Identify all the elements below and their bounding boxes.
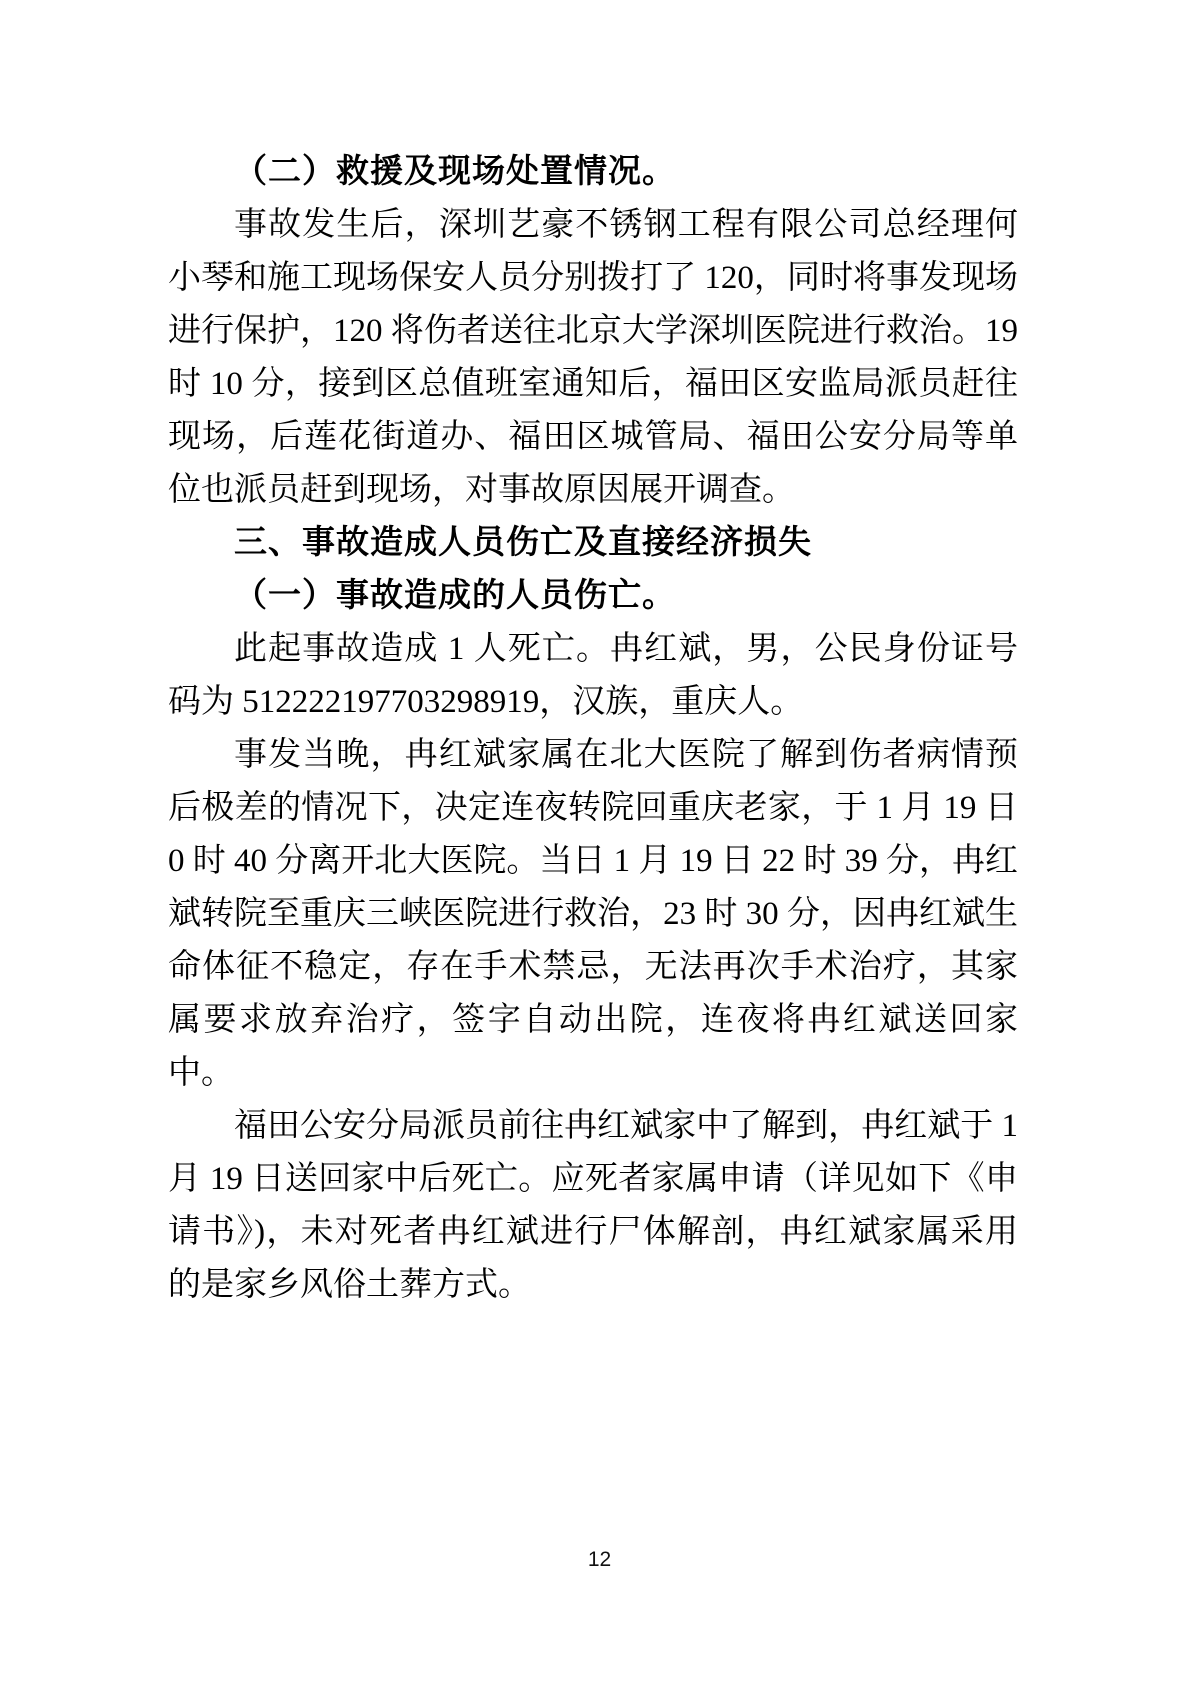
document-body: （二）救援及现场处置情况。 事故发生后，深圳艺豪不锈钢工程有限公司总经理何小琴和… (168, 146, 1018, 1312)
section-heading-rescue-and-scene-handling: （二）救援及现场处置情况。 (168, 146, 1018, 199)
paragraph-death-and-burial: 福田公安分局派员前往冉红斌家中了解到，冉红斌于 1 月 19 日送回家中后死亡。… (168, 1100, 1018, 1312)
paragraph-victim-identity: 此起事故造成 1 人死亡。冉红斌，男，公民身份证号码为 512222197703… (168, 623, 1018, 729)
paragraph-rescue-details: 事故发生后，深圳艺豪不锈钢工程有限公司总经理何小琴和施工现场保安人员分别拨打了 … (168, 199, 1018, 517)
document-page: （二）救援及现场处置情况。 事故发生后，深圳艺豪不锈钢工程有限公司总经理何小琴和… (0, 0, 1199, 1696)
section-heading-casualties-and-economic-loss: 三、事故造成人员伤亡及直接经济损失 (168, 517, 1018, 570)
section-heading-casualties: （一）事故造成的人员伤亡。 (168, 570, 1018, 623)
page-number: 12 (0, 1548, 1199, 1572)
paragraph-hospital-transfer: 事发当晚，冉红斌家属在北大医院了解到伤者病情预后极差的情况下，决定连夜转院回重庆… (168, 729, 1018, 1100)
